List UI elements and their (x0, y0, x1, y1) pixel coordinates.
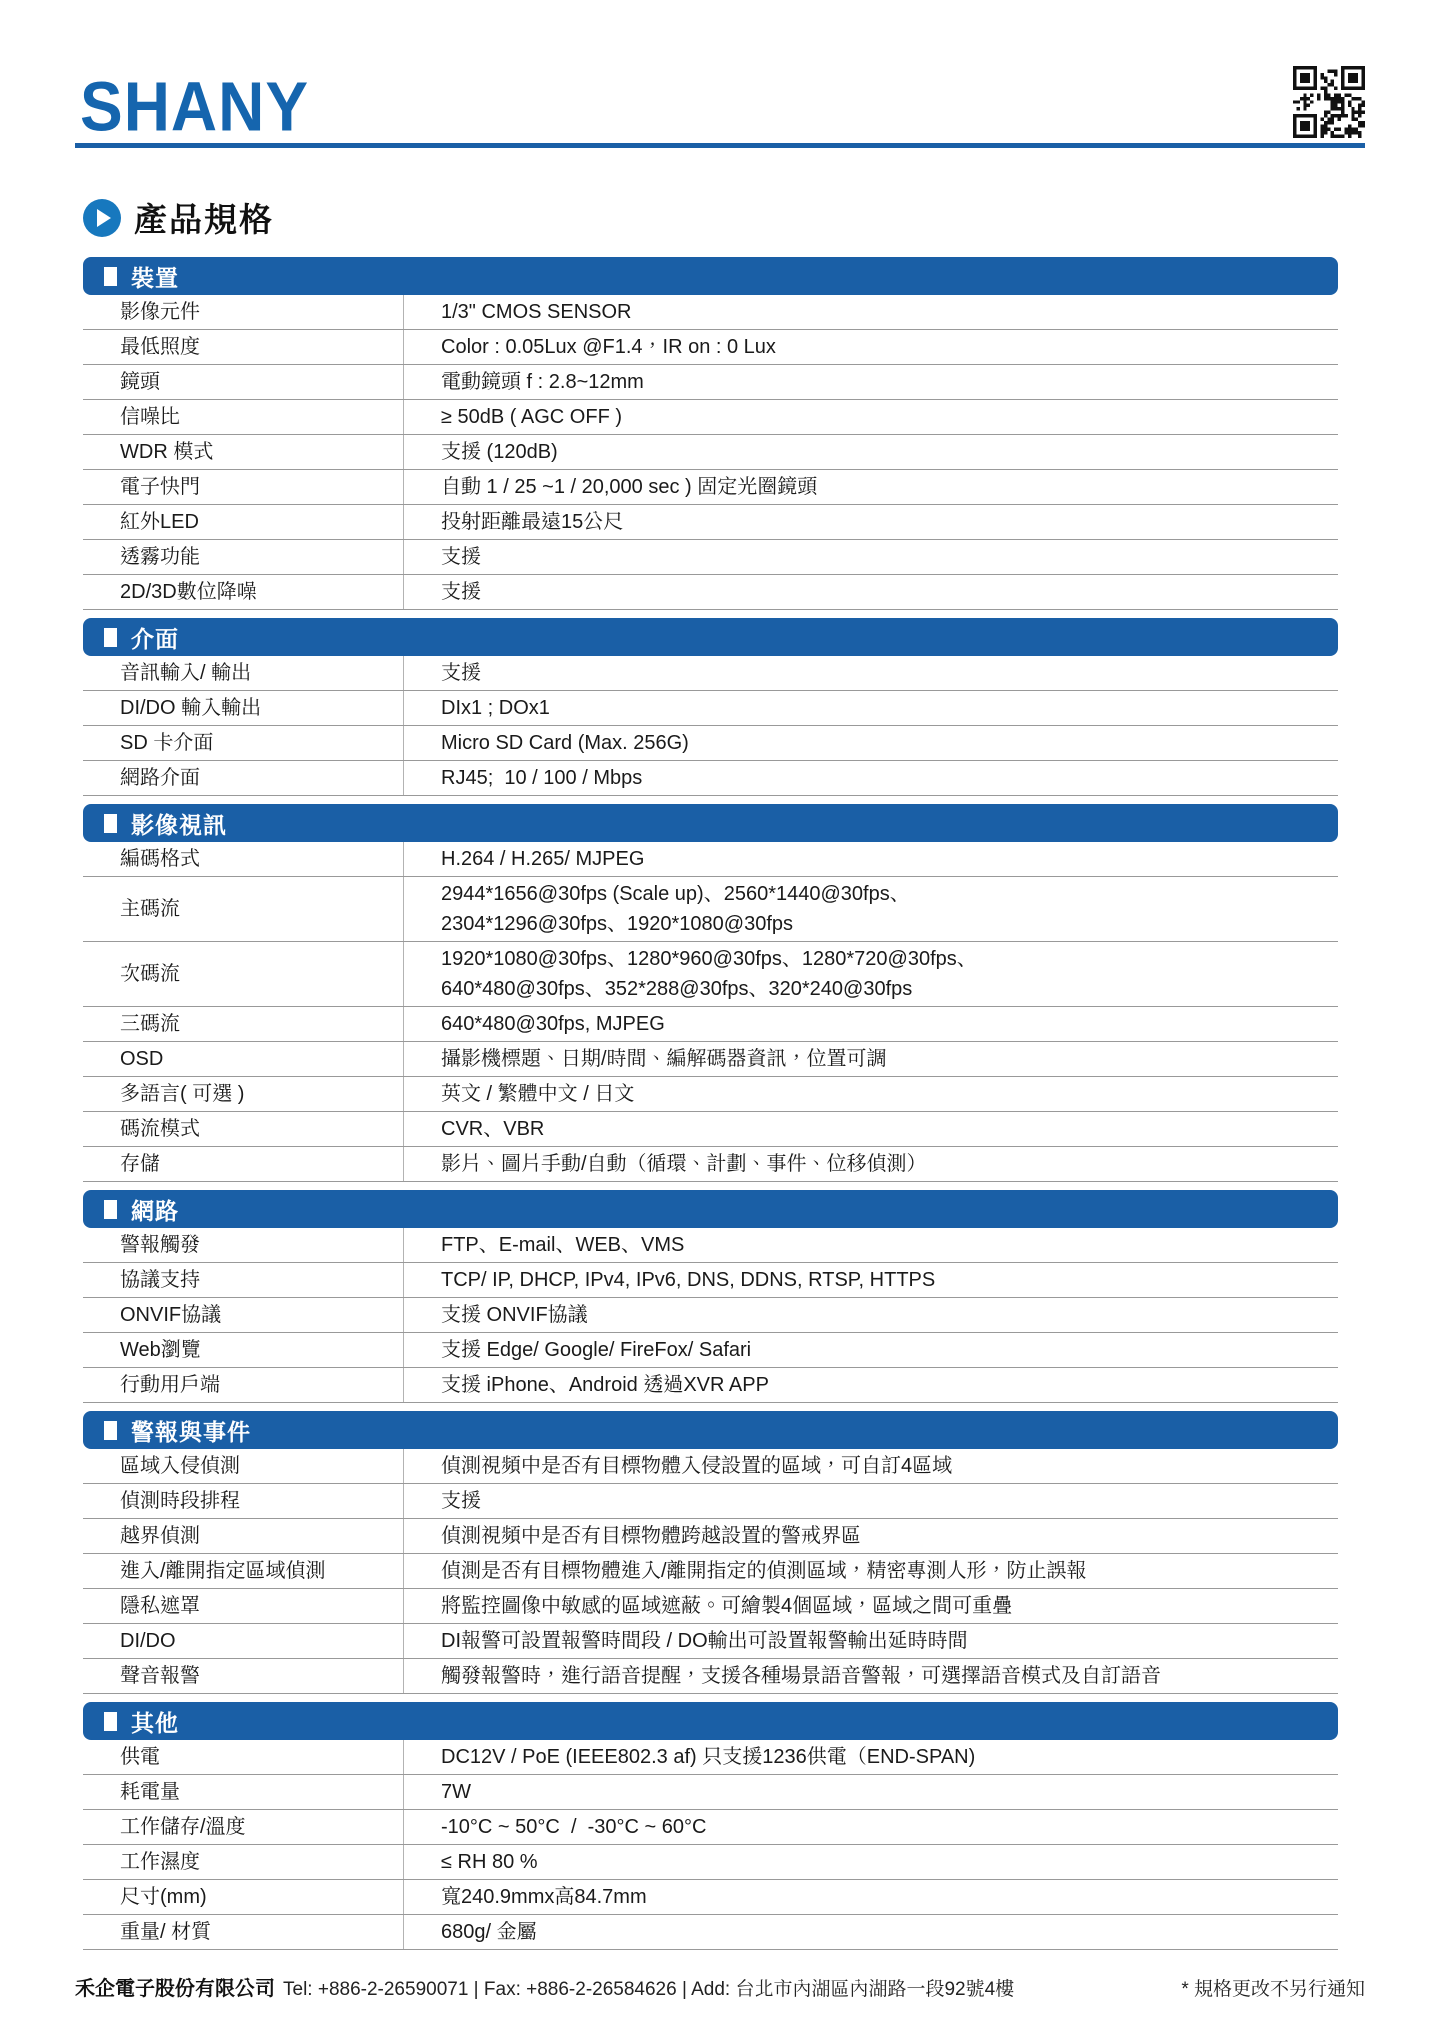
spec-label: 工作儲存/溫度 (83, 1810, 403, 1844)
spec-label: 聲音報警 (83, 1659, 403, 1693)
spec-row: 偵測時段排程 支援 (83, 1484, 1338, 1519)
spec-value: 將監控圖像中敏感的區域遮蔽。可繪製4個區域，區域之間可重疊 (403, 1589, 1338, 1623)
section-title: 警報與事件 (131, 1414, 251, 1447)
spec-value: 投射距離最遠15公尺 (403, 505, 1338, 539)
spec-table: 裝置 影像元件 1/3" CMOS SENSOR 最低照度 Color : 0.… (83, 257, 1338, 1950)
spec-row: 供電 DC12V / PoE (IEEE802.3 af) 只支援1236供電（… (83, 1740, 1338, 1775)
section-title: 網路 (131, 1193, 179, 1226)
spec-label: 鏡頭 (83, 365, 403, 399)
spec-note: * 規格更改不另行通知 (1181, 1974, 1365, 2001)
spec-value: 支援 Edge/ Google/ FireFox/ Safari (403, 1333, 1338, 1367)
brand-logo: SHANY (80, 74, 309, 140)
spec-row: 影像元件 1/3" CMOS SENSOR (83, 295, 1338, 330)
spec-value: CVR、VBR (403, 1112, 1338, 1146)
spec-label: 警報觸發 (83, 1228, 403, 1262)
spec-label: 信噪比 (83, 400, 403, 434)
spec-row: 音訊輸入/ 輸出 支援 (83, 656, 1338, 691)
spec-value: 英文 / 繁體中文 / 日文 (403, 1077, 1338, 1111)
play-icon (83, 199, 121, 237)
spec-label: 隱私遮罩 (83, 1589, 403, 1623)
spec-section: 介面 音訊輸入/ 輸出 支援 DI/DO 輸入輸出 DIx1 ; DOx1 SD… (83, 618, 1338, 796)
section-rows: 供電 DC12V / PoE (IEEE802.3 af) 只支援1236供電（… (83, 1740, 1338, 1950)
spec-value: 2944*1656@30fps (Scale up)、2560*1440@30f… (403, 877, 1338, 941)
spec-value: H.264 / H.265/ MJPEG (403, 842, 1338, 876)
spec-value: ≤ RH 80 % (403, 1845, 1338, 1879)
spec-value: 支援 (403, 575, 1338, 609)
section-title: 影像視訊 (131, 807, 227, 840)
spec-value: 偵測視頻中是否有目標物體入侵設置的區域，可自訂4區域 (403, 1449, 1338, 1483)
spec-value: 支援 (403, 540, 1338, 574)
spec-row: 尺寸(mm) 寬240.9mmx高84.7mm (83, 1880, 1338, 1915)
spec-label: 碼流模式 (83, 1112, 403, 1146)
spec-row: ONVIF協議 支援 ONVIF協議 (83, 1298, 1338, 1333)
spec-row: 主碼流 2944*1656@30fps (Scale up)、2560*1440… (83, 877, 1338, 942)
spec-row: 存儲 影片、圖片手動/自動（循環、計劃、事件、位移偵測） (83, 1147, 1338, 1182)
spec-row: 重量/ 材質 680g/ 金屬 (83, 1915, 1338, 1950)
spec-label: DI/DO (83, 1624, 403, 1658)
spec-label: 次碼流 (83, 942, 403, 1006)
spec-label: 網路介面 (83, 761, 403, 795)
spec-value: DI報警可設置報警時間段 / DO輸出可設置報警輸出延時時間 (403, 1624, 1338, 1658)
spec-row: 次碼流 1920*1080@30fps、1280*960@30fps、1280*… (83, 942, 1338, 1007)
spec-value: 支援 ONVIF協議 (403, 1298, 1338, 1332)
spec-value: DC12V / PoE (IEEE802.3 af) 只支援1236供電（END… (403, 1740, 1338, 1774)
spec-value: 640*480@30fps, MJPEG (403, 1007, 1338, 1041)
spec-section: 其他 供電 DC12V / PoE (IEEE802.3 af) 只支援1236… (83, 1702, 1338, 1950)
spec-row: 行動用戶端 支援 iPhone、Android 透過XVR APP (83, 1368, 1338, 1403)
spec-row: WDR 模式 支援 (120dB) (83, 435, 1338, 470)
spec-label: 工作濕度 (83, 1845, 403, 1879)
spec-value: 偵測是否有目標物體進入/離開指定的偵測區域，精密專測人形，防止誤報 (403, 1554, 1338, 1588)
section-header: 警報與事件 (83, 1411, 1338, 1449)
spec-value: 偵測視頻中是否有目標物體跨越設置的警戒界區 (403, 1519, 1338, 1553)
spec-row: 最低照度 Color : 0.05Lux @F1.4，IR on : 0 Lux (83, 330, 1338, 365)
spec-value: Color : 0.05Lux @F1.4，IR on : 0 Lux (403, 330, 1338, 364)
spec-label: 主碼流 (83, 877, 403, 941)
spec-row: DI/DO 輸入輸出 DIx1 ; DOx1 (83, 691, 1338, 726)
spec-row: 編碼格式 H.264 / H.265/ MJPEG (83, 842, 1338, 877)
spec-label: Web瀏覽 (83, 1333, 403, 1367)
section-rows: 區域入侵偵測 偵測視頻中是否有目標物體入侵設置的區域，可自訂4區域 偵測時段排程… (83, 1449, 1338, 1694)
spec-label: 電子快門 (83, 470, 403, 504)
footer: 禾企電子股份有限公司 Tel: +886-2-26590071 | Fax: +… (75, 1972, 1365, 2001)
spec-sheet-page: SHANY 產品規格 裝置 影像元件 1/3" CMOS SENSOR 最低照度… (0, 0, 1440, 2038)
spec-label: 尺寸(mm) (83, 1880, 403, 1914)
spec-row: 耗電量 7W (83, 1775, 1338, 1810)
section-marker-icon (104, 1421, 117, 1440)
spec-value: 支援 (120dB) (403, 435, 1338, 469)
spec-label: SD 卡介面 (83, 726, 403, 760)
spec-section: 影像視訊 編碼格式 H.264 / H.265/ MJPEG 主碼流 2944*… (83, 804, 1338, 1182)
spec-row: 工作濕度 ≤ RH 80 % (83, 1845, 1338, 1880)
spec-label: 偵測時段排程 (83, 1484, 403, 1518)
qr-code-icon (1293, 66, 1365, 138)
spec-row: 進入/離開指定區域偵測 偵測是否有目標物體進入/離開指定的偵測區域，精密專測人形… (83, 1554, 1338, 1589)
section-title: 介面 (131, 621, 179, 654)
spec-section: 裝置 影像元件 1/3" CMOS SENSOR 最低照度 Color : 0.… (83, 257, 1338, 610)
spec-row: 越界偵測 偵測視頻中是否有目標物體跨越設置的警戒界區 (83, 1519, 1338, 1554)
spec-value: 支援 iPhone、Android 透過XVR APP (403, 1368, 1338, 1402)
spec-row: 區域入侵偵測 偵測視頻中是否有目標物體入侵設置的區域，可自訂4區域 (83, 1449, 1338, 1484)
company-name: 禾企電子股份有限公司 (75, 1972, 275, 2001)
spec-value: ≥ 50dB ( AGC OFF ) (403, 400, 1338, 434)
spec-label: 編碼格式 (83, 842, 403, 876)
spec-row: 隱私遮罩 將監控圖像中敏感的區域遮蔽。可繪製4個區域，區域之間可重疊 (83, 1589, 1338, 1624)
spec-label: 供電 (83, 1740, 403, 1774)
section-marker-icon (104, 1712, 117, 1731)
section-header: 介面 (83, 618, 1338, 656)
spec-row: 協議支持 TCP/ IP, DHCP, IPv4, IPv6, DNS, DDN… (83, 1263, 1338, 1298)
spec-label: WDR 模式 (83, 435, 403, 469)
spec-value: 寬240.9mmx高84.7mm (403, 1880, 1338, 1914)
spec-label: 進入/離開指定區域偵測 (83, 1554, 403, 1588)
spec-label: 行動用戶端 (83, 1368, 403, 1402)
spec-row: OSD 攝影機標題、日期/時間、編解碼器資訊，位置可調 (83, 1042, 1338, 1077)
spec-row: SD 卡介面 Micro SD Card (Max. 256G) (83, 726, 1338, 761)
spec-row: 三碼流 640*480@30fps, MJPEG (83, 1007, 1338, 1042)
spec-label: 紅外LED (83, 505, 403, 539)
spec-label: DI/DO 輸入輸出 (83, 691, 403, 725)
section-marker-icon (104, 1200, 117, 1219)
spec-row: 透霧功能 支援 (83, 540, 1338, 575)
spec-row: 碼流模式 CVR、VBR (83, 1112, 1338, 1147)
spec-label: 2D/3D數位降噪 (83, 575, 403, 609)
spec-section: 警報與事件 區域入侵偵測 偵測視頻中是否有目標物體入侵設置的區域，可自訂4區域 … (83, 1411, 1338, 1694)
section-marker-icon (104, 628, 117, 647)
spec-value: 自動 1 / 25 ~1 / 20,000 sec ) 固定光圈鏡頭 (403, 470, 1338, 504)
spec-value: 支援 (403, 1484, 1338, 1518)
spec-row: 聲音報警 觸發報警時，進行語音提醒，支援各種場景語音警報，可選擇語音模式及自訂語… (83, 1659, 1338, 1694)
spec-row: 2D/3D數位降噪 支援 (83, 575, 1338, 610)
section-header: 網路 (83, 1190, 1338, 1228)
section-marker-icon (104, 814, 117, 833)
spec-label: 三碼流 (83, 1007, 403, 1041)
spec-label: 區域入侵偵測 (83, 1449, 403, 1483)
section-title: 裝置 (131, 260, 179, 293)
spec-label: 音訊輸入/ 輸出 (83, 656, 403, 690)
spec-row: Web瀏覽 支援 Edge/ Google/ FireFox/ Safari (83, 1333, 1338, 1368)
spec-value: 電動鏡頭 f : 2.8~12mm (403, 365, 1338, 399)
spec-value: 影片、圖片手動/自動（循環、計劃、事件、位移偵測） (403, 1147, 1338, 1181)
spec-label: ONVIF協議 (83, 1298, 403, 1332)
spec-value: 支援 (403, 656, 1338, 690)
spec-row: 工作儲存/溫度 -10°C ~ 50°C / -30°C ~ 60°C (83, 1810, 1338, 1845)
page-title: 產品規格 (134, 194, 274, 241)
spec-value: 7W (403, 1775, 1338, 1809)
spec-label: 重量/ 材質 (83, 1915, 403, 1949)
spec-label: 透霧功能 (83, 540, 403, 574)
spec-value: DIx1 ; DOx1 (403, 691, 1338, 725)
spec-row: 警報觸發 FTP、E-mail、WEB、VMS (83, 1228, 1338, 1263)
spec-row: 網路介面 RJ45; 10 / 100 / Mbps (83, 761, 1338, 796)
section-rows: 音訊輸入/ 輸出 支援 DI/DO 輸入輸出 DIx1 ; DOx1 SD 卡介… (83, 656, 1338, 796)
spec-value: 觸發報警時，進行語音提醒，支援各種場景語音警報，可選擇語音模式及自訂語音 (403, 1659, 1338, 1693)
spec-value: 1920*1080@30fps、1280*960@30fps、1280*720@… (403, 942, 1338, 1006)
spec-value: -10°C ~ 50°C / -30°C ~ 60°C (403, 1810, 1338, 1844)
spec-row: 多語言( 可選 ) 英文 / 繁體中文 / 日文 (83, 1077, 1338, 1112)
spec-label: OSD (83, 1042, 403, 1076)
spec-label: 多語言( 可選 ) (83, 1077, 403, 1111)
section-header: 裝置 (83, 257, 1338, 295)
spec-label: 耗電量 (83, 1775, 403, 1809)
page-title-row: 產品規格 (83, 194, 1440, 241)
spec-value: RJ45; 10 / 100 / Mbps (403, 761, 1338, 795)
spec-value: Micro SD Card (Max. 256G) (403, 726, 1338, 760)
spec-label: 越界偵測 (83, 1519, 403, 1553)
section-marker-icon (104, 267, 117, 286)
contact-info: Tel: +886-2-26590071 | Fax: +886-2-26584… (283, 1974, 1014, 2001)
spec-value: TCP/ IP, DHCP, IPv4, IPv6, DNS, DDNS, RT… (403, 1263, 1338, 1297)
section-header: 其他 (83, 1702, 1338, 1740)
spec-row: 信噪比 ≥ 50dB ( AGC OFF ) (83, 400, 1338, 435)
spec-row: 紅外LED 投射距離最遠15公尺 (83, 505, 1338, 540)
spec-section: 網路 警報觸發 FTP、E-mail、WEB、VMS 協議支持 TCP/ IP,… (83, 1190, 1338, 1403)
spec-label: 最低照度 (83, 330, 403, 364)
section-rows: 編碼格式 H.264 / H.265/ MJPEG 主碼流 2944*1656@… (83, 842, 1338, 1182)
spec-value: 攝影機標題、日期/時間、編解碼器資訊，位置可調 (403, 1042, 1338, 1076)
spec-label: 協議支持 (83, 1263, 403, 1297)
section-header: 影像視訊 (83, 804, 1338, 842)
spec-value: 1/3" CMOS SENSOR (403, 295, 1338, 329)
spec-value: 680g/ 金屬 (403, 1915, 1338, 1949)
spec-label: 影像元件 (83, 295, 403, 329)
spec-value: FTP、E-mail、WEB、VMS (403, 1228, 1338, 1262)
spec-row: DI/DO DI報警可設置報警時間段 / DO輸出可設置報警輸出延時時間 (83, 1624, 1338, 1659)
section-title: 其他 (131, 1705, 179, 1738)
spec-label: 存儲 (83, 1147, 403, 1181)
spec-row: 鏡頭 電動鏡頭 f : 2.8~12mm (83, 365, 1338, 400)
header: SHANY (75, 0, 1365, 148)
spec-row: 電子快門 自動 1 / 25 ~1 / 20,000 sec ) 固定光圈鏡頭 (83, 470, 1338, 505)
section-rows: 警報觸發 FTP、E-mail、WEB、VMS 協議支持 TCP/ IP, DH… (83, 1228, 1338, 1403)
section-rows: 影像元件 1/3" CMOS SENSOR 最低照度 Color : 0.05L… (83, 295, 1338, 610)
